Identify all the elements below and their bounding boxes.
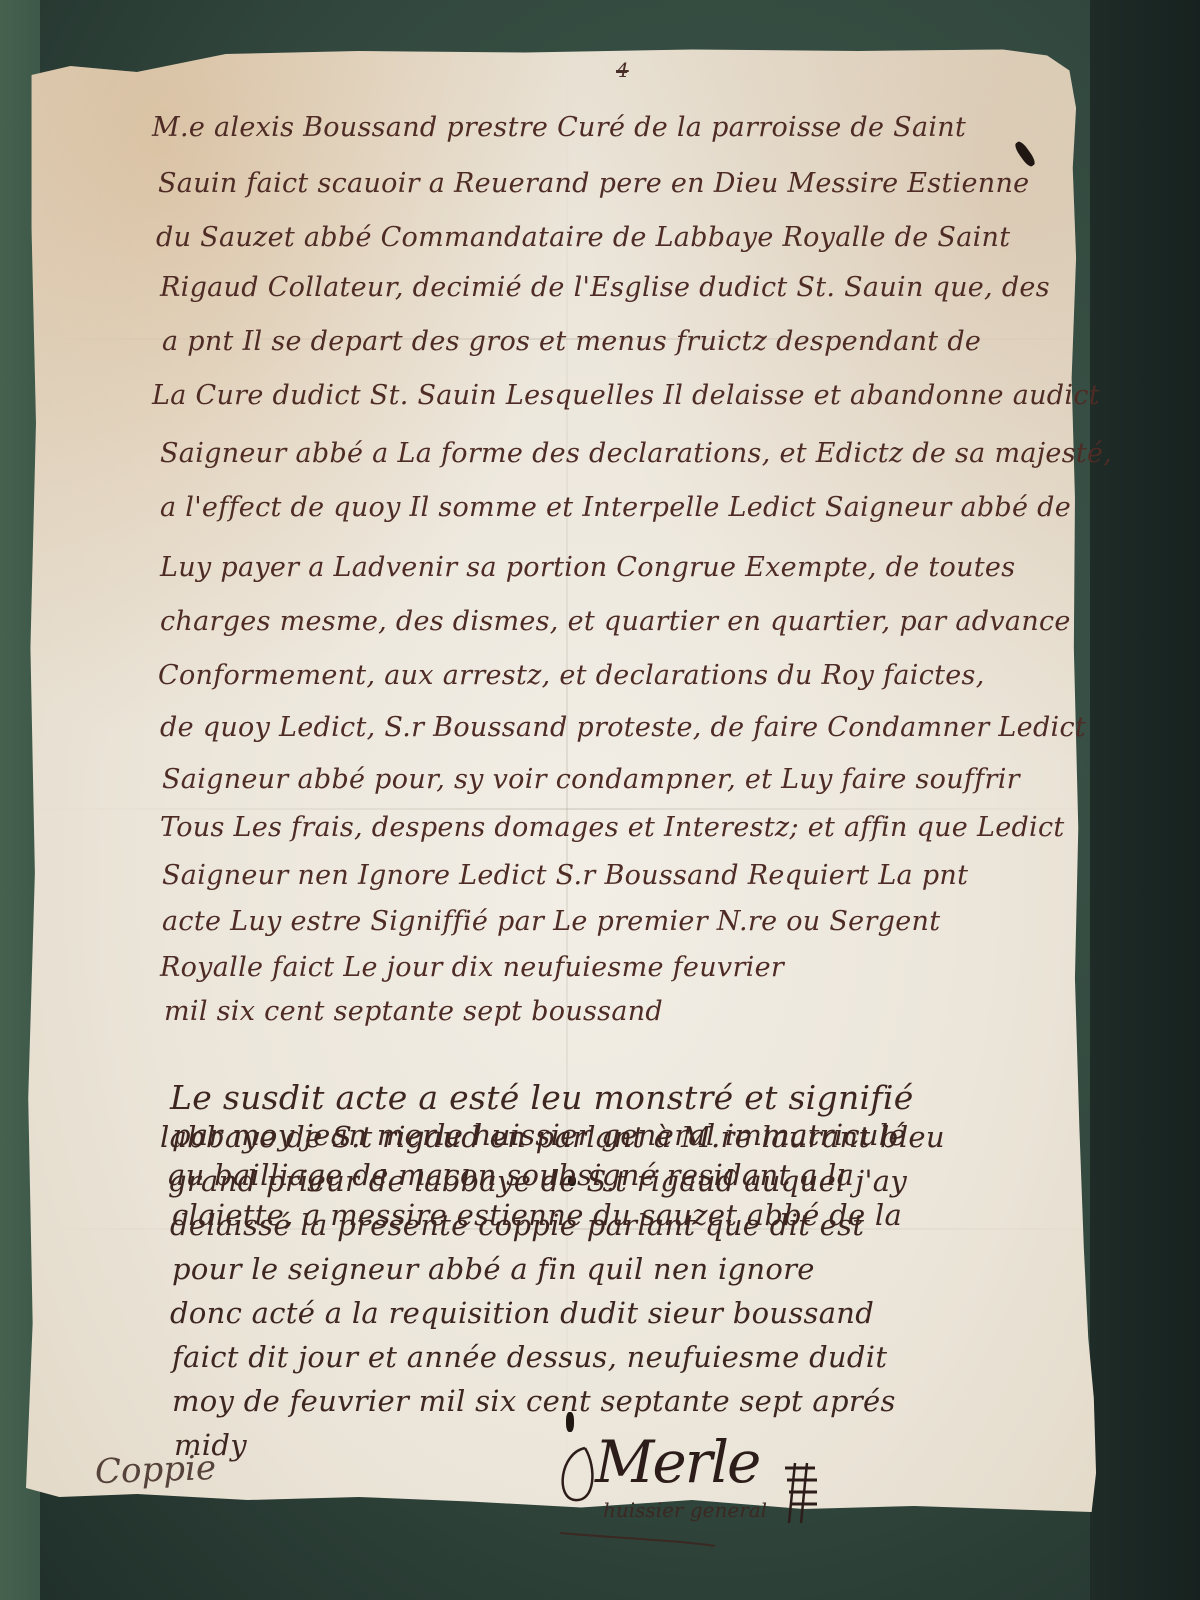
manuscript-line: delaissé la presente coppie parlant que … <box>170 1208 864 1242</box>
manuscript-line: Sauin faict scauoir a Reuerand pere en D… <box>158 168 1029 199</box>
manuscript-line: Conformement, aux arrestz, et declaratio… <box>158 660 985 691</box>
manuscript-line: Saigneur abbé a La forme des declaration… <box>160 438 1112 469</box>
manuscript-line: charges mesme, des dismes, et quartier e… <box>160 606 1071 637</box>
manuscript-line: donc acté a la requisition dudit sieur b… <box>170 1296 874 1330</box>
manuscript-line: midy <box>174 1428 247 1462</box>
manuscript-line: pour le seigneur abbé a fin quil nen ign… <box>172 1252 815 1286</box>
manuscript-line: a l'effect de quoy Il somme et Interpell… <box>160 492 1071 523</box>
manuscript-line: labbaye de S.t rigaud en parlant à M.re … <box>160 1120 945 1154</box>
manuscript-line: a pnt Il se depart des gros et menus fru… <box>162 326 981 357</box>
manuscript-line: acte Luy estre Signiffié par Le premier … <box>162 906 940 937</box>
page-number: 4 <box>616 58 629 82</box>
manuscript-line: faict dit jour et année dessus, neufuies… <box>172 1340 887 1374</box>
signature: Merle huissier general <box>555 1428 855 1548</box>
manuscript-line: Saigneur nen Ignore Ledict S.r Boussand … <box>162 860 968 891</box>
manuscript-line: grand prieur de labbaye de S.t rigaud au… <box>168 1164 907 1198</box>
manuscript-line: Saigneur abbé pour, sy voir condampner, … <box>162 764 1020 795</box>
backdrop-right <box>1090 0 1200 1600</box>
signature-title: huissier general <box>603 1498 767 1522</box>
manuscript-line: du Sauzet abbé Commandataire de Labbaye … <box>156 222 1010 253</box>
manuscript-line: La Cure dudict St. Sauin Lesquelles Il d… <box>152 380 1100 411</box>
signature-name: Merle <box>595 1428 759 1496</box>
paper-fold <box>26 808 1136 810</box>
manuscript-line: moy de feuvrier mil six cent septante se… <box>172 1384 896 1418</box>
manuscript-line: M.e alexis Boussand prestre Curé de la p… <box>152 112 966 143</box>
manuscript-line: de quoy Ledict, S.r Boussand proteste, d… <box>160 712 1086 743</box>
manuscript-line: Luy payer a Ladvenir sa portion Congrue … <box>160 552 1015 583</box>
manuscript-line: Tous Les frais, despens domages et Inter… <box>160 812 1065 843</box>
manuscript-line: Rigaud Collateur, decimié de l'Esglise d… <box>160 272 1050 303</box>
manuscript-line: mil six cent septante sept boussand <box>164 996 663 1027</box>
manuscript-line: Royalle faict Le jour dix neufuiesme feu… <box>160 952 784 983</box>
manuscript-line: Le susdit acte a esté leu monstré et sig… <box>170 1078 914 1117</box>
